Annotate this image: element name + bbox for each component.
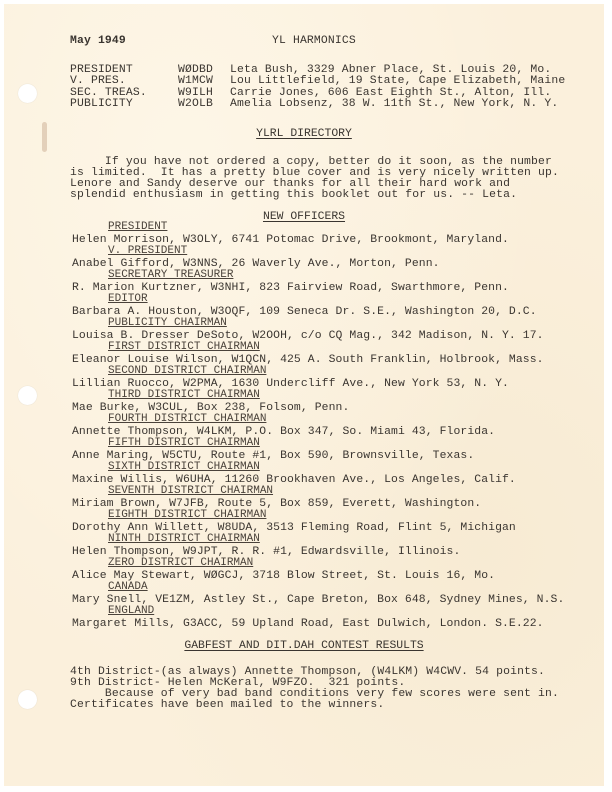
officer-title: EDITOR [108,294,148,305]
officer-callsign: W1MCW [178,75,213,87]
officer-title: FIRST DISTRICT CHAIRMAN [108,342,260,353]
punch-hole-middle [18,386,37,405]
officer-title: ENGLAND [108,606,154,617]
officer-title: CANADA [108,582,148,593]
newsletter-title: YL HARMONICS [272,35,356,47]
officer-info: Amelia Lobsenz, 38 W. 11th St., New York… [230,98,558,110]
paragraph-line: splendid enthusiasm in getting this book… [70,189,517,201]
officer-entry: Margaret Mills, G3ACC, 59 Upland Road, E… [72,618,544,630]
officer-title: SECRETARY TREASURER [108,270,233,281]
officer-title: EIGHTH DISTRICT CHAIRMAN [108,510,266,521]
officer-title: PRESIDENT [108,222,167,233]
officer-title: SECOND DISTRICT CHAIRMAN [108,366,266,377]
officer-title: SEVENTH DISTRICT CHAIRMAN [108,486,273,497]
punch-hole-top [18,84,37,103]
officer-title: V. PRESIDENT [108,246,187,257]
officer-info: Lou Littlefield, 19 State, Cape Elizabet… [230,75,565,87]
document-page: May 1949 YL HARMONICS PRESIDENT WØDBD Le… [4,4,604,786]
officer-title: NINTH DISTRICT CHAIRMAN [108,534,260,545]
contest-heading: GABFEST AND DIT.DAH CONTEST RESULTS [4,640,604,652]
officer-role: V. PRES. [70,75,126,87]
officer-role: PUBLICITY [70,98,133,110]
new-officers-heading: NEW OFFICERS [4,211,604,223]
officer-title: FIFTH DISTRICT CHAIRMAN [108,438,260,449]
officer-title: PUBLICITY CHAIRMAN [108,318,227,329]
officer-title: THIRD DISTRICT CHAIRMAN [108,390,260,401]
officer-title: FOURTH DISTRICT CHAIRMAN [108,414,266,425]
officer-title: ZERO DISTRICT CHAIRMAN [108,558,253,569]
contest-line: Certificates have been mailed to the win… [70,699,384,711]
issue-date: May 1949 [70,35,126,47]
officer-title: SIXTH DISTRICT CHAIRMAN [108,462,260,473]
punch-hole-bottom [18,690,37,709]
officer-callsign: W2OLB [178,98,213,110]
directory-heading: YLRL DIRECTORY [4,128,604,140]
